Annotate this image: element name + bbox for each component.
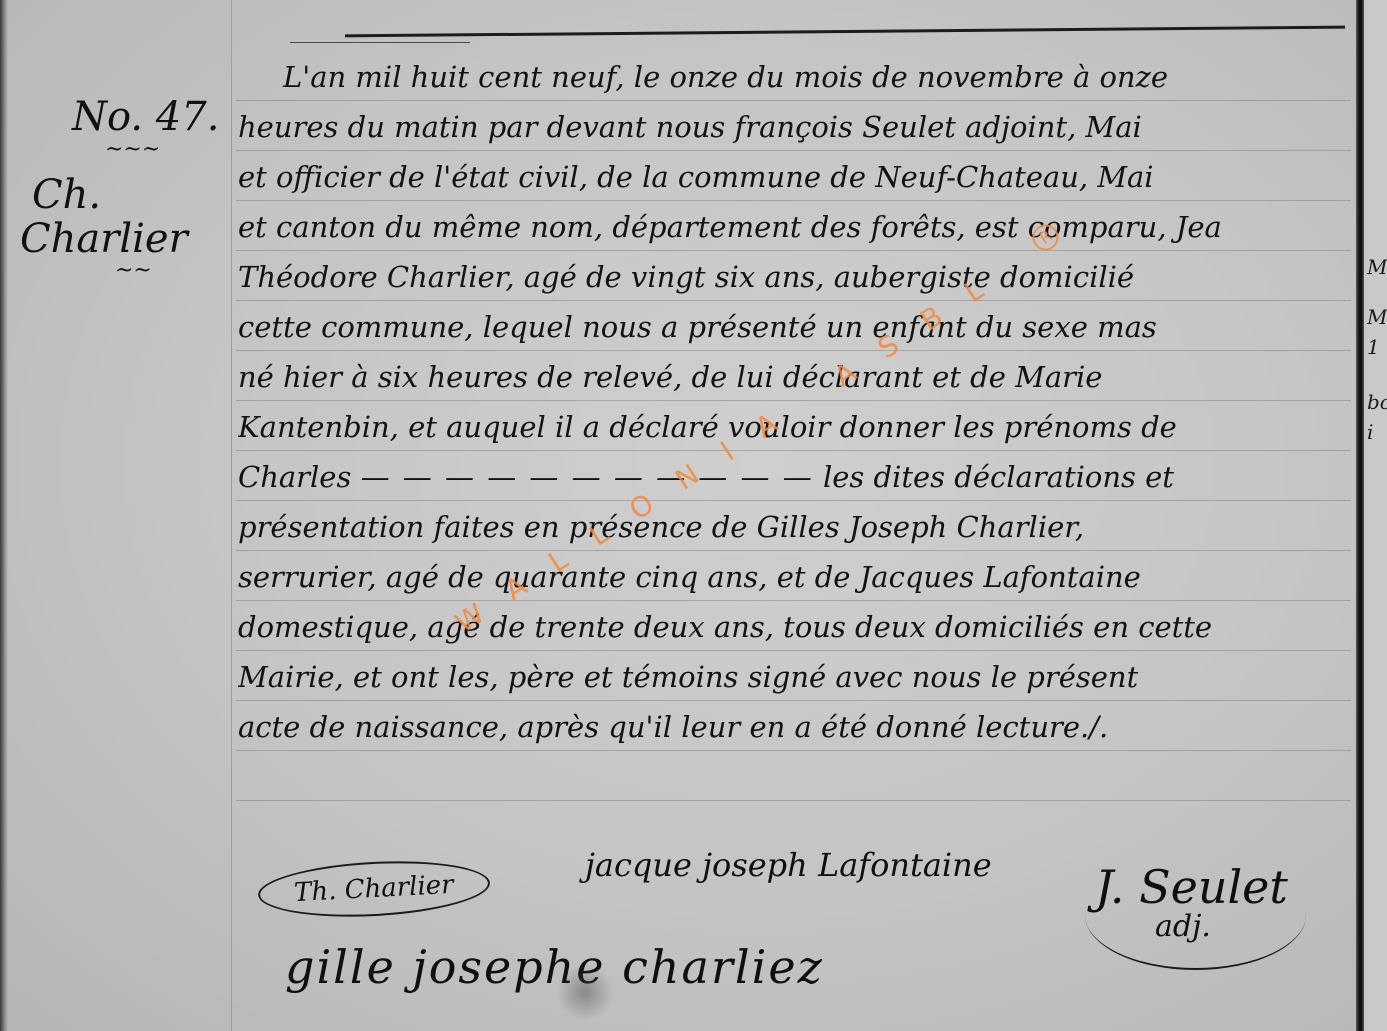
given-name: Charles — [238, 460, 351, 494]
text-line: et canton du même nom, département des f… — [238, 202, 1350, 252]
signature-father: Th. Charlier — [257, 856, 491, 922]
facing-page-fragment: Ma — [1367, 255, 1387, 279]
text-line: serrurier, agé de quarante cinq ans, et … — [238, 552, 1350, 602]
register-page: No. 47. ~~~ Ch. Charlier ~~ L'an mil hui… — [0, 0, 1387, 1031]
text-line: heures du matin par devant nous françois… — [238, 102, 1350, 152]
facing-page-fragment: Mo — [1367, 305, 1387, 329]
header-rule-thin — [290, 42, 470, 43]
margin-rule — [231, 0, 232, 1031]
text-line: né hier à six heures de relevé, de lui d… — [238, 352, 1350, 402]
text-line: acte de naissance, après qu'il leur en a… — [238, 702, 1350, 752]
officer-name: J. Seulet — [1095, 860, 1288, 914]
text-line: et officier de l'état civil, de la commu… — [238, 152, 1350, 202]
facing-page-fragment: bo — [1367, 390, 1387, 414]
header-rule — [345, 26, 1345, 38]
signature-block: Th. Charlier jacque joseph Lafontaine gi… — [240, 840, 1350, 1031]
text-line: domestique, agé de trente deux ans, tous… — [238, 602, 1350, 652]
text-line: L'an mil huit cent neuf, le onze du mois… — [238, 52, 1350, 102]
margin-surname: Charlier — [20, 217, 220, 261]
text-fragment: les dites déclarations et — [823, 460, 1174, 494]
flourish: ~~~ — [20, 139, 220, 161]
margin-first-name: Ch. — [20, 173, 220, 217]
officer-title: adj. — [1095, 914, 1288, 940]
facing-page-fragment: i — [1367, 420, 1373, 444]
ruled-line — [236, 800, 1351, 801]
signature-witness-charlier: gille josephe charliez — [285, 940, 824, 994]
facing-page-fragment: 1 — [1367, 335, 1380, 359]
text-line: Théodore Charlier, agé de vingt six ans,… — [238, 252, 1350, 302]
signature-witness-lafontaine: jacque joseph Lafontaine — [585, 846, 992, 884]
act-number: No. 47. — [20, 95, 220, 139]
text-line: présentation faites en présence de Gille… — [238, 502, 1350, 552]
text-line: Kantenbin, et auquel il a déclaré vouloi… — [238, 402, 1350, 452]
act-body: L'an mil huit cent neuf, le onze du mois… — [238, 52, 1350, 752]
binding-gutter — [1356, 0, 1364, 1031]
facing-page-edge: Ma Mo 1 bo i — [1364, 0, 1387, 1031]
ink-stain — [555, 965, 615, 1020]
text-line: cette commune, lequel nous a présenté un… — [238, 302, 1350, 352]
binding-edge-left — [0, 0, 8, 1031]
signature-officer: J. Seulet adj. — [1085, 860, 1306, 970]
filler-dashes: — — — — — — — — — — — — [361, 460, 814, 494]
flourish: ~~ — [20, 261, 220, 281]
margin-annotation: No. 47. ~~~ Ch. Charlier ~~ — [20, 95, 220, 281]
text-line-given-name: Charles — — — — — — — — — — — les dites … — [238, 452, 1350, 502]
text-line: Mairie, et ont les, père et témoins sign… — [238, 652, 1350, 702]
